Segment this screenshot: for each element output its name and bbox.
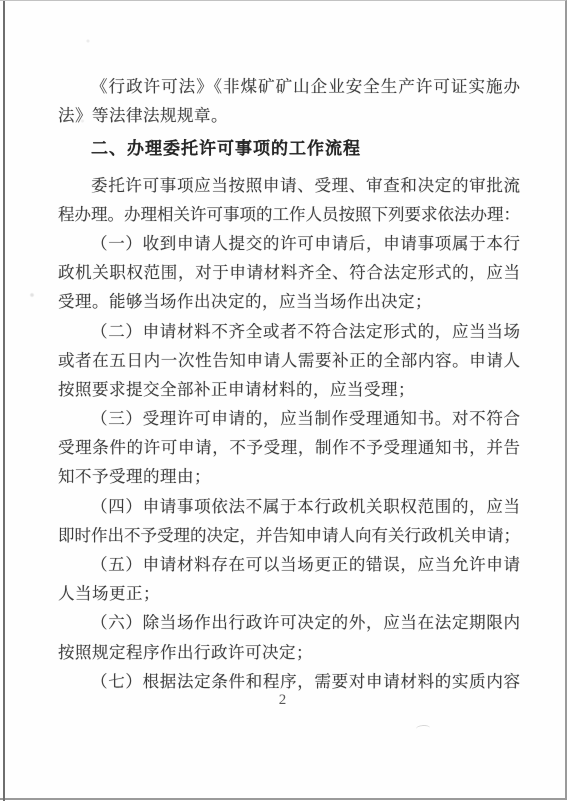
- page-number: 2: [0, 692, 565, 709]
- text-line: （三）受理许可申请的，应当制作受理通知书。对不符合: [58, 404, 520, 433]
- text-line: 受理。能够当场作出决定的，应当当场作出决定；: [58, 287, 520, 316]
- scanned-document-page: 《行政许可法》《非煤矿矿山企业安全生产许可证实施办 法》等法律法规规章。 二、办…: [0, 0, 567, 800]
- scan-artifact: [28, 291, 36, 299]
- text-line: （五）申请材料存在可以当场更正的错误，应当允许申请: [58, 550, 520, 579]
- scan-edge-line: [3, 1, 5, 800]
- text-line: 按照规定程序作出行政许可决定；: [58, 638, 520, 667]
- text-line: 受理条件的许可申请，不予受理，制作不予受理通知书，并告: [58, 433, 520, 462]
- text-line: （一）收到申请人提交的许可申请后，申请事项属于本行: [58, 229, 520, 258]
- text-line: 程办理。办理相关许可事项的工作人员按照下列要求依法办理：: [58, 200, 520, 229]
- text-line: 法》等法律法规规章。: [58, 101, 520, 130]
- text-line: 《行政许可法》《非煤矿矿山企业安全生产许可证实施办: [58, 72, 520, 101]
- text-line: 按照要求提交全部补正申请材料的，应当受理；: [58, 375, 520, 404]
- text-line: （六）除当场作出行政许可决定的外，应当在法定期限内: [58, 608, 520, 637]
- text-line: 即时作出不予受理的决定，并告知申请人向有关行政机关申请；: [58, 521, 520, 550]
- text-line: 知不予受理的理由；: [58, 462, 520, 491]
- text-line: （二）申请材料不齐全或者不符合法定形式的，应当当场: [58, 317, 520, 346]
- text-line: 或者在五日内一次性告知申请人需要补正的全部内容。申请人: [58, 346, 520, 375]
- text-line: 委托许可事项应当按照申请、受理、审查和决定的审批流: [58, 171, 520, 200]
- text-line: 人当场更正；: [58, 579, 520, 608]
- document-body: 《行政许可法》《非煤矿矿山企业安全生产许可证实施办 法》等法律法规规章。 二、办…: [58, 72, 520, 696]
- text-line: 政机关职权范围，对于申请材料齐全、符合法定形式的，应当: [58, 258, 520, 287]
- scan-artifact: [416, 725, 430, 733]
- text-line: （四）申请事项依法不属于本行政机关职权范围的，应当: [58, 492, 520, 521]
- section-heading: 二、办理委托许可事项的工作流程: [58, 134, 520, 163]
